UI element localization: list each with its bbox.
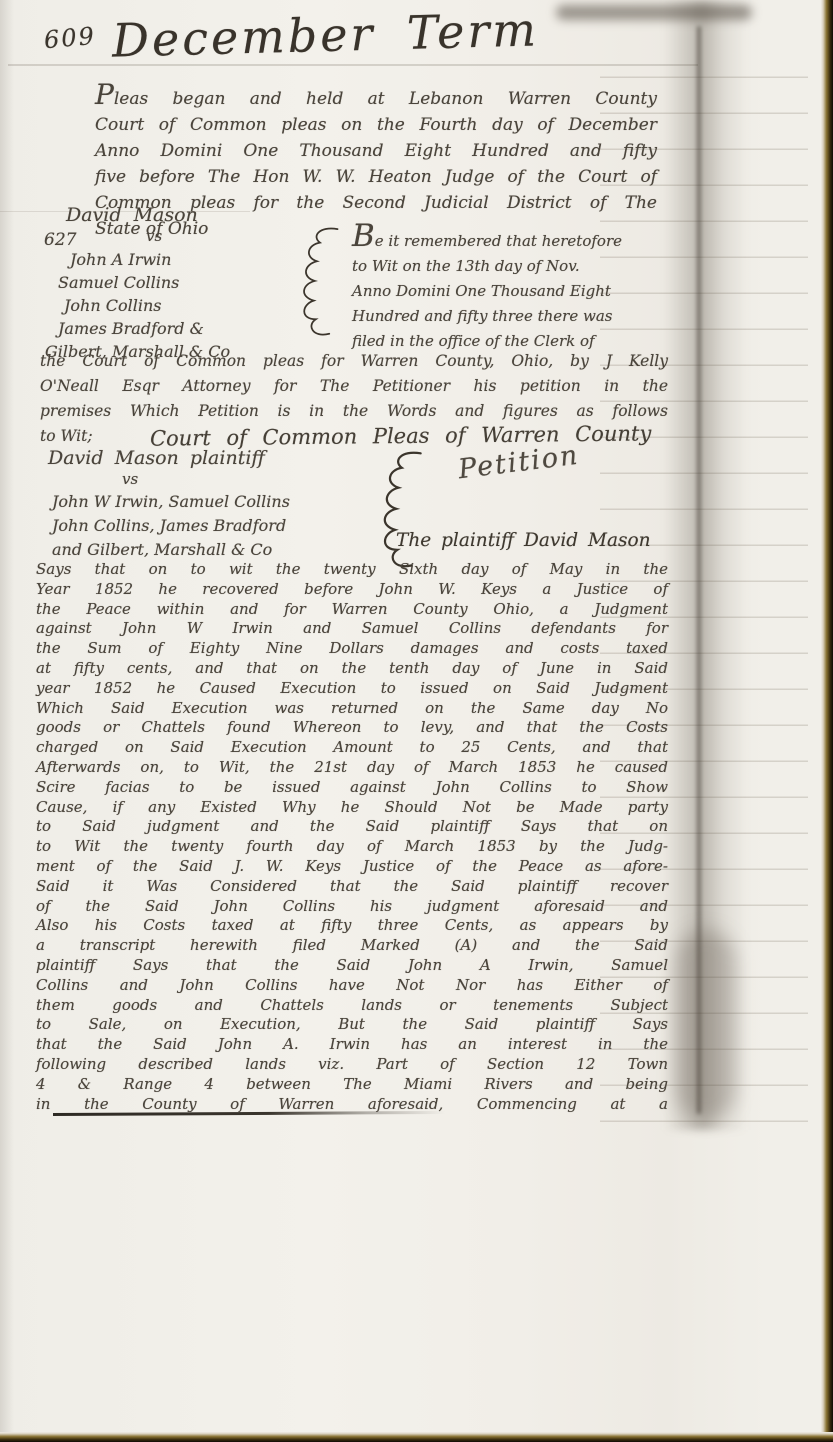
recital-column: Be it remembered that heretofore to Wit … <box>352 224 682 354</box>
petition-body-line: that the Said John A. Irwin has an inter… <box>36 1035 668 1055</box>
petition-body-line: Says that on to wit the twenty Sixth day… <box>36 560 668 580</box>
petition-body-line: the Sum of Eighty Nine Dollars damages a… <box>36 639 668 659</box>
petition-body-line: Also his Costs taxed at fifty three Cent… <box>36 916 668 936</box>
petition-body-line: of the Said John Collins his judgment af… <box>36 897 668 917</box>
defendant-list: John W Irwin, Samuel Collins John Collin… <box>52 490 372 562</box>
petition-body-intro: The plaintiff David Mason <box>396 530 651 551</box>
docket-number: 627 <box>44 230 76 250</box>
recital-line: Hundred and fifty three there was <box>352 304 682 329</box>
binding-gutter-lower-smudge <box>676 930 736 1120</box>
petition-body-line: them goods and Chattels lands or tenemen… <box>36 996 668 1016</box>
petition-body-line: Which Said Execution was returned on the… <box>36 699 668 719</box>
term-heading: December Term <box>111 2 539 67</box>
faint-rule-line <box>8 64 698 66</box>
petition-body-line: Year 1852 he recovered before John W. Ke… <box>36 580 668 600</box>
petition-body-line: Cause, if any Existed Why he Should Not … <box>36 798 668 818</box>
petition-body-line: Collins and John Collins have Not Nor ha… <box>36 976 668 996</box>
petition-body-line: following described lands viz. Part of S… <box>36 1055 668 1075</box>
vs-label: vs <box>146 227 162 245</box>
petition-body-line: Said it Was Considered that the Said pla… <box>36 877 668 897</box>
plaintiff-line: David Mason plaintiff <box>48 447 265 469</box>
petition-body-line: year 1852 he Caused Execution to issued … <box>36 679 668 699</box>
defendant-name: James Bradford & <box>45 317 308 340</box>
defendant-name: John Collins <box>45 294 314 317</box>
petition-body-line: at fifty cents, and that on the tenth da… <box>36 659 668 679</box>
petition-body-line: to Sale, on Execution, But the Said plai… <box>36 1015 668 1035</box>
recital-line: Be it remembered that heretofore <box>352 224 682 254</box>
opening-line: Court of Common pleas on the Fourth day … <box>95 112 657 138</box>
petition-body-line: against John W Irwin and Samuel Collins … <box>36 619 668 639</box>
petition-body-line: a transcript herewith filed Marked (A) a… <box>36 936 668 956</box>
petition-body-line: Afterwards on, to Wit, the 21st day of M… <box>36 758 668 778</box>
vs-label: vs <box>122 470 138 488</box>
petition-body-line: charged on Said Execution Amount to 25 C… <box>36 738 668 758</box>
petition-body-line: ment of the Said J. W. Keys Justice of t… <box>36 857 668 877</box>
petition-body-line: plaintiff Says that the Said John A Irwi… <box>36 956 668 976</box>
end-of-entry-rule <box>53 1111 445 1116</box>
petition-body-line: 4 & Range 4 between The Miami Rivers and… <box>36 1075 668 1095</box>
scanned-document-page: 609 December Term Pleas began and held a… <box>0 0 833 1442</box>
defendant-name: Samuel Collins <box>45 271 308 294</box>
recital-line: to Wit on the 13th day of Nov. <box>352 254 682 279</box>
petition-body-line: Scire facias to be issued against John C… <box>36 778 668 798</box>
page-edge-left-shadow <box>0 0 14 1442</box>
binding-gutter-top-smudge <box>556 5 752 20</box>
recital-line: O'Neall Esqr Attorney for The Petitioner… <box>40 374 668 399</box>
petition-body: Says that on to wit the twenty Sixth day… <box>36 560 668 1114</box>
opening-line: five before The Hon W. W. Heaton Judge o… <box>95 164 657 190</box>
opening-line: Anno Domini One Thousand Eight Hundred a… <box>95 138 657 164</box>
recital-line: the Court of Common pleas for Warren Cou… <box>40 349 668 374</box>
scanner-edge-right <box>821 0 833 1442</box>
petition-body-line: to Said judgment and the Said plaintiff … <box>36 817 668 837</box>
petition-body-line: to Wit the twenty fourth day of March 18… <box>36 837 668 857</box>
opening-line: Pleas began and held at Lebanon Warren C… <box>95 82 657 112</box>
defendant-name: John W Irwin, Samuel Collins <box>52 490 372 514</box>
defendant-name: John A Irwin <box>45 248 320 271</box>
petition-brace-icon <box>381 450 427 572</box>
scanner-edge-bottom <box>0 1432 833 1442</box>
page-number: 609 <box>43 22 97 54</box>
recital-line: premises Which Petition is in the Words … <box>40 399 668 424</box>
petition-body-line: goods or Chattels found Whereon to levy,… <box>36 718 668 738</box>
petition-body-line: the Peace within and for Warren County O… <box>36 600 668 620</box>
case-brace-icon <box>303 226 341 340</box>
plaintiff-name: David Mason <box>66 204 198 226</box>
recital-line: Anno Domini One Thousand Eight <box>352 279 682 304</box>
defendant-list: John A Irwin Samuel Collins John Collins… <box>45 248 295 363</box>
defendant-name: John Collins, James Bradford <box>52 514 372 538</box>
defendant-name: and Gilbert, Marshall & Co <box>52 538 372 562</box>
